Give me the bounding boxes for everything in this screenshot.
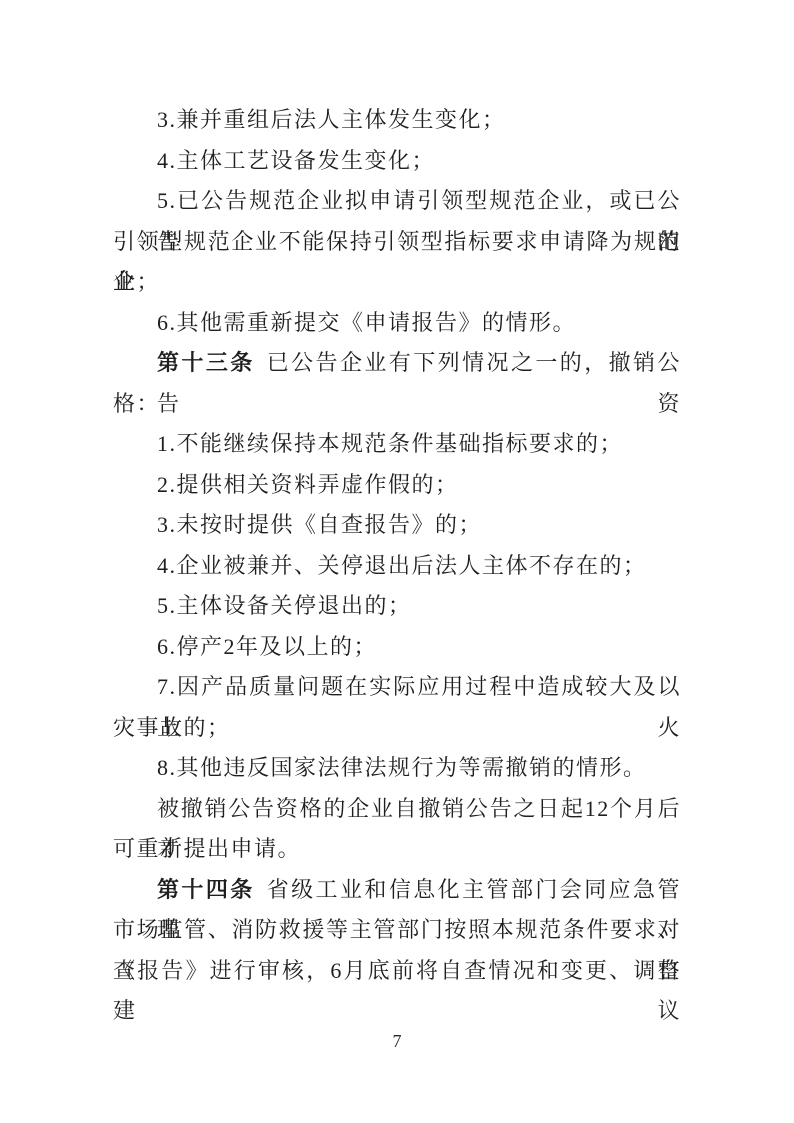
line-text: 2.提供相关资料弄虚作假的；	[157, 472, 459, 497]
text-line: 查报告》进行审核，6月底前将自查情况和变更、调整建议	[113, 951, 681, 992]
line-text: 业；	[113, 269, 160, 294]
text-line: 4.主体工艺设备发生变化；	[113, 141, 681, 182]
line-text: 灾事故的；	[113, 715, 231, 740]
line-text: 4.主体工艺设备发生变化；	[157, 148, 435, 173]
line-text: 格：	[113, 391, 160, 416]
document-body: 3.兼并重组后法人主体发生变化； 4.主体工艺设备发生变化； 5.已公告规范企业…	[113, 100, 681, 991]
text-line: 可重新提出申请。	[113, 829, 681, 870]
text-line: 3.兼并重组后法人主体发生变化；	[113, 100, 681, 141]
page-number: 7	[0, 1028, 794, 1054]
text-line: 6.其他需重新提交《申请报告》的情形。	[113, 303, 681, 344]
text-line: 第十四条省级工业和信息化主管部门会同应急管理、	[113, 870, 681, 911]
line-text: 6.其他需重新提交《申请报告》的情形。	[157, 310, 576, 335]
line-text: 8.其他违反国家法律法规行为等需撤销的情形。	[157, 755, 647, 780]
text-line: 业；	[113, 262, 681, 303]
line-text: 5.主体设备关停退出的；	[157, 593, 412, 618]
text-line: 6.停产2年及以上的；	[113, 627, 681, 668]
article-heading: 第十四条	[157, 877, 255, 902]
text-line: 3.未按时提供《自查报告》的；	[113, 505, 681, 546]
line-text: 查报告》进行审核，6月底前将自查情况和变更、调整建议	[113, 958, 681, 1024]
line-text: 6.停产2年及以上的；	[157, 634, 377, 659]
text-line: 被撤销公告资格的企业自撤销公告之日起12个月后才	[113, 789, 681, 830]
text-line: 第十三条已公告企业有下列情况之一的，撤销公告资	[113, 343, 681, 384]
text-line: 8.其他违反国家法律法规行为等需撤销的情形。	[113, 748, 681, 789]
text-line: 7.因产品质量问题在实际应用过程中造成较大及以上火	[113, 667, 681, 708]
line-text: 4.企业被兼并、关停退出后法人主体不存在的；	[157, 553, 647, 578]
text-line: 4.企业被兼并、关停退出后法人主体不存在的；	[113, 546, 681, 587]
text-line: 5.主体设备关停退出的；	[113, 586, 681, 627]
text-line: 引领型规范企业不能保持引领型指标要求申请降为规范企	[113, 222, 681, 263]
line-text: 3.未按时提供《自查报告》的；	[157, 512, 482, 537]
line-text: 3.兼并重组后法人主体发生变化；	[157, 107, 506, 132]
text-line: 市场监管、消防救援等主管部门按照本规范条件要求对《自	[113, 910, 681, 951]
text-line: 1.不能继续保持本规范条件基础指标要求的；	[113, 424, 681, 465]
document-page: 3.兼并重组后法人主体发生变化； 4.主体工艺设备发生变化； 5.已公告规范企业…	[0, 0, 794, 1123]
text-line: 2.提供相关资料弄虚作假的；	[113, 465, 681, 506]
article-heading: 第十三条	[157, 350, 255, 375]
text-line: 5.已公告规范企业拟申请引领型规范企业，或已公告的	[113, 181, 681, 222]
line-text: 7.因产品质量问题在实际应用过程中造成较大及以上火	[157, 674, 681, 740]
line-text: 可重新提出申请。	[113, 836, 301, 861]
line-text: 1.不能继续保持本规范条件基础指标要求的；	[157, 431, 623, 456]
